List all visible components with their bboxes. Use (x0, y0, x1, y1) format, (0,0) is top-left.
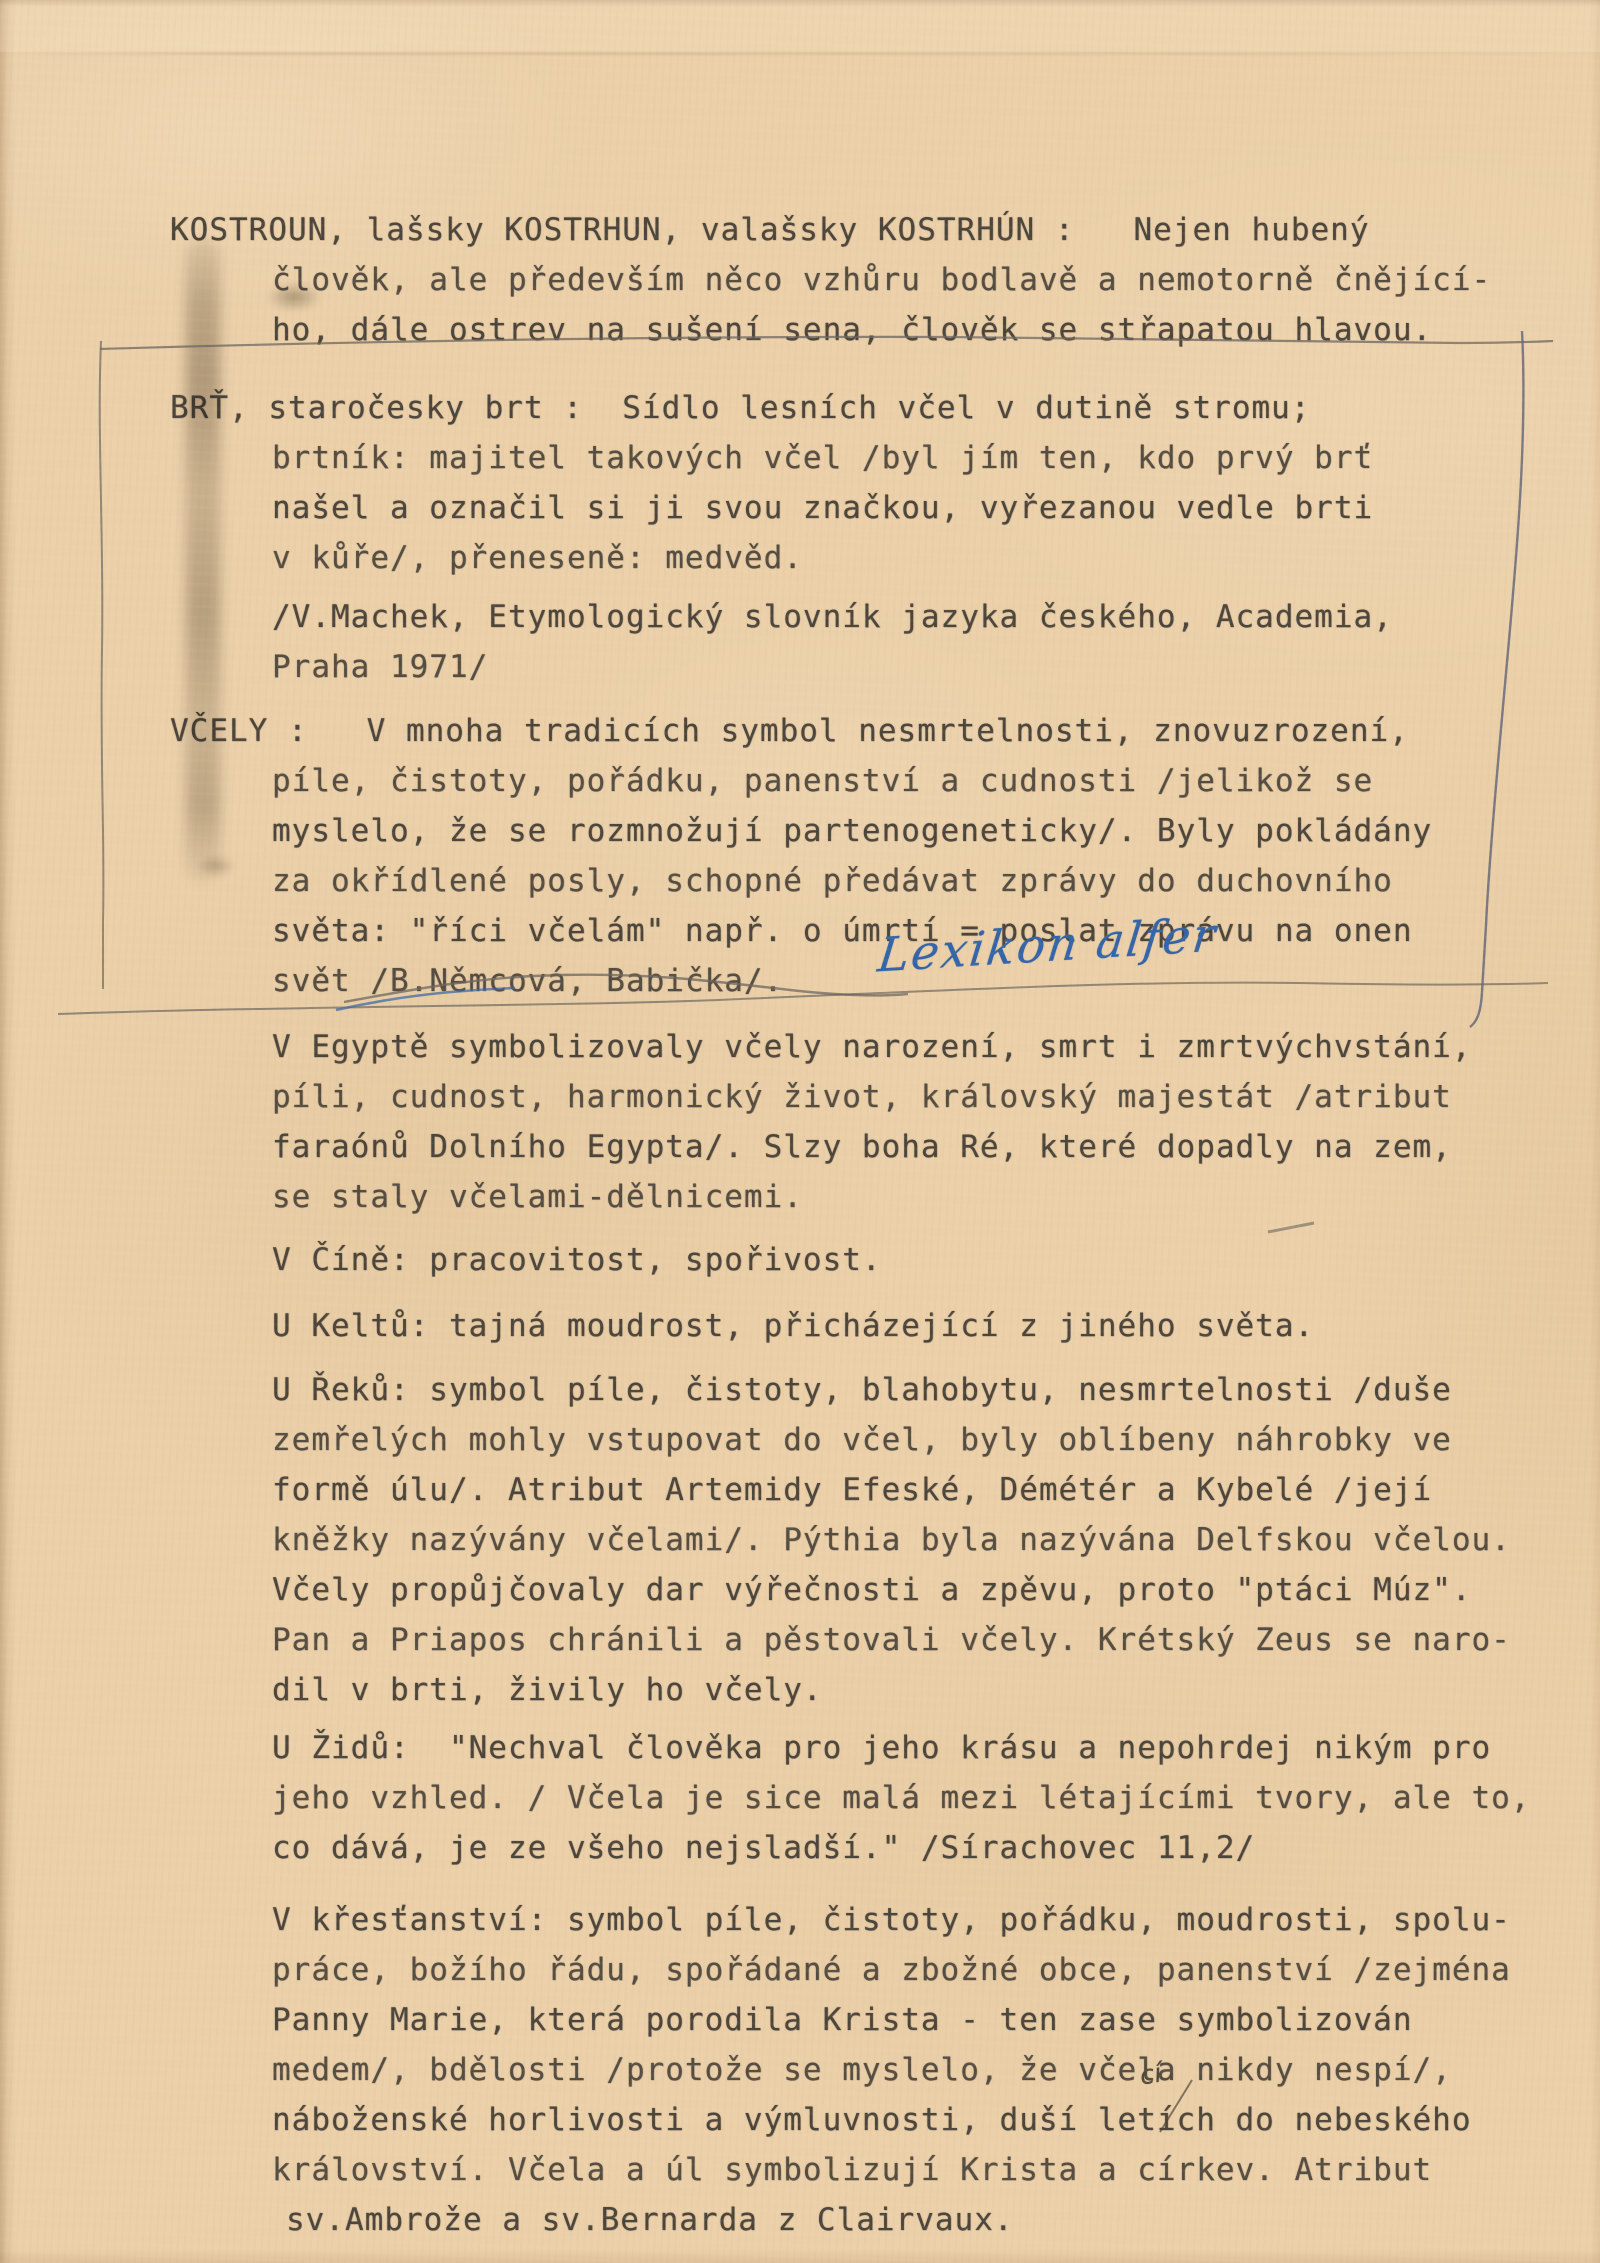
paragraph-celts: U Keltů: tajná moudrost, přicházející z … (272, 1301, 1314, 1351)
text-line: Praha 1971/ (272, 642, 1393, 692)
paragraph-brt: BRŤ, staročesky brt : Sídlo lesních včel… (170, 383, 1373, 583)
text-line: brtník: majitel takových včel /byl jím t… (272, 433, 1373, 483)
text-line: co dává, je ze všeho nejsladší." /Sírach… (272, 1823, 1530, 1873)
text-line: Panny Marie, která porodila Krista - ten… (272, 1995, 1511, 2045)
text-line: faraónů Dolního Egypta/. Slzy boha Ré, k… (272, 1122, 1471, 1172)
text-line: píli, cudnost, harmonický život, královs… (272, 1072, 1471, 1122)
text-line: V Číně: pracovitost, spořivost. (272, 1235, 882, 1285)
text-line: práce, božího řádu, spořádané a zbožné o… (272, 1945, 1511, 1995)
text-line: píle, čistoty, pořádku, panenství a cudn… (272, 756, 1432, 806)
text-line: V křesťanství: symbol píle, čistoty, poř… (272, 1895, 1511, 1945)
paper-top-band (0, 0, 1600, 52)
box-right-line (1470, 331, 1523, 1027)
text-line: dil v brti, živily ho včely. (272, 1665, 1511, 1715)
text-line: BRŤ, staročesky brt : Sídlo lesních včel… (170, 383, 1373, 433)
text-line: formě úlu/. Atribut Artemidy Efeské, Dém… (272, 1465, 1511, 1515)
paragraph-machek-citation: /V.Machek, Etymologický slovník jazyka č… (272, 592, 1393, 692)
text-line: myslelo, že se rozmnožují partenogenetic… (272, 806, 1432, 856)
text-line: našel a označil si ji svou značkou, vyře… (272, 483, 1373, 533)
text-line: U Řeků: symbol píle, čistoty, blahobytu,… (272, 1365, 1511, 1415)
struck-text: /B.Němcová, Babička/. (370, 963, 783, 999)
paragraph-china: V Číně: pracovitost, spořivost. (272, 1235, 882, 1285)
text-line: se staly včelami-dělnicemi. (272, 1172, 1471, 1222)
text-line: V Egyptě symbolizovaly včely narození, s… (272, 1022, 1471, 1072)
text-line: náboženské horlivosti a výmluvnosti, duš… (272, 2095, 1511, 2145)
text-line: Včely propůjčovaly dar výřečnosti a zpěv… (272, 1565, 1511, 1615)
text-line: U Keltů: tajná moudrost, přicházející z … (272, 1301, 1314, 1351)
scanned-typewritten-page: KOSTROUN, lašsky KOSTRHUN, valašsky KOST… (0, 0, 1600, 2263)
paragraph-christianity: V křesťanství: symbol píle, čistoty, poř… (272, 1895, 1511, 2245)
text-line: KOSTROUN, lašsky KOSTRHUN, valašsky KOST… (170, 205, 1491, 255)
box-left-line (100, 341, 104, 989)
text-line: jeho vzhled. / Včela je sice malá mezi l… (272, 1773, 1530, 1823)
text-line: člověk, ale především něco vzhůru bodlav… (272, 255, 1491, 305)
text-line: svět /B.Němcová, Babička/. (272, 956, 1432, 1006)
text-line: sv.Ambrože a sv.Bernarda z Clairvaux. (286, 2195, 1511, 2245)
text-line: světa: "říci včelám" např. o úmrtí = pos… (272, 906, 1432, 956)
paragraph-vcely: VČELY : V mnoha tradicích symbol nesmrte… (170, 706, 1432, 1006)
text-line: v kůře/, přeneseně: medvěd. (272, 533, 1373, 583)
text-line: království. Včela a úl symbolizují Krist… (272, 2145, 1511, 2195)
text-line: za okřídlené posly, schopné předávat zpr… (272, 856, 1432, 906)
text-line: Pan a Priapos chránili a pěstovali včely… (272, 1615, 1511, 1665)
corrected-word: letích (1098, 2102, 1216, 2138)
text-line: U Židů: "Nechval člověka pro jeho krásu … (272, 1723, 1530, 1773)
paragraph-greeks: U Řeků: symbol píle, čistoty, blahobytu,… (272, 1365, 1511, 1715)
text-line: VČELY : V mnoha tradicích symbol nesmrte… (170, 706, 1432, 756)
paper-crease (0, 52, 1600, 55)
text-line: medem/, bdělosti /protože se myslelo, že… (272, 2045, 1511, 2095)
paragraph-egypt: V Egyptě symbolizovaly včely narození, s… (272, 1022, 1471, 1222)
paragraph-jews: U Židů: "Nechval člověka pro jeho krásu … (272, 1723, 1530, 1873)
text-segment: náboženské horlivosti a výmluvnosti, duš… (272, 2102, 1098, 2138)
text-line: zemřelých mohly vstupovat do včel, byly … (272, 1415, 1511, 1465)
pencil-dash-mark (1268, 1223, 1314, 1232)
text-segment: svět (272, 963, 370, 999)
text-line: /V.Machek, Etymologický slovník jazyka č… (272, 592, 1393, 642)
text-line: kněžky nazývány včelami/. Pýthia byla na… (272, 1515, 1511, 1565)
text-segment: do nebeského (1216, 2102, 1472, 2138)
handwritten-insertion: cí (1138, 2059, 1164, 2092)
text-line: ho, dále ostrev na sušení sena, člověk s… (272, 305, 1491, 355)
paragraph-kostroun: KOSTROUN, lašsky KOSTRHUN, valašsky KOST… (170, 205, 1491, 355)
